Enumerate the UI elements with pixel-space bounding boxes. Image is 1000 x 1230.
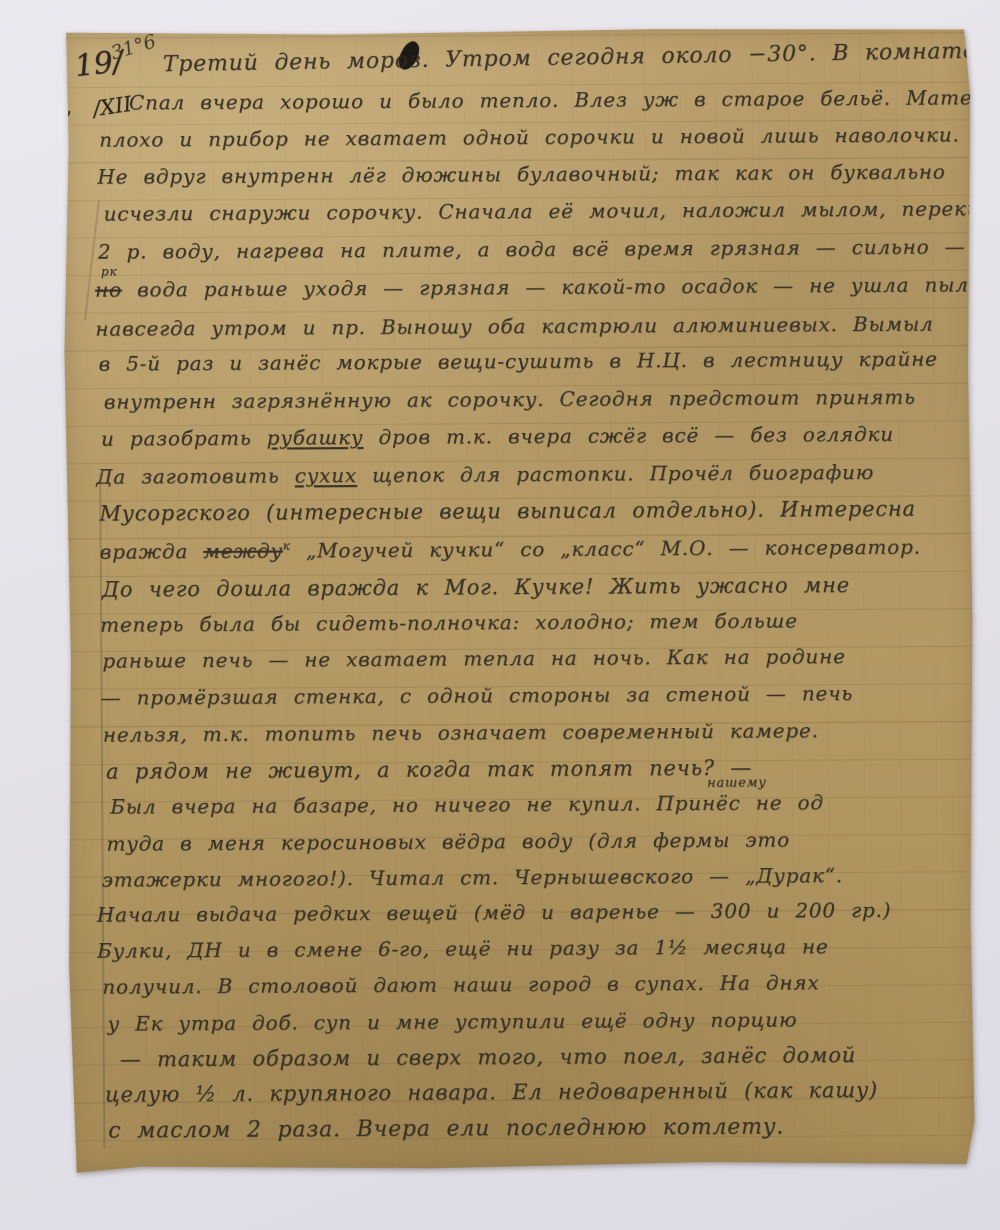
handwriting-segment: с маслом 2 раза. Вчера ели последнюю кот… bbox=[108, 1114, 784, 1143]
handwriting-segment: вражда bbox=[100, 539, 204, 564]
page-background: 19/ ∕XII „ 31°6 Третий день мороз. Утром… bbox=[0, 0, 1000, 1230]
handwriting-segment: Третий день мороз. Утром сегодня около −… bbox=[163, 37, 1000, 77]
handwriting-segment: навсегда утром и пр. Выношу оба кастрюли… bbox=[95, 311, 933, 340]
handwriting-segment: внутренн загрязнённую ак сорочку. Сегодн… bbox=[104, 385, 916, 414]
handwriting-segment: но bbox=[95, 277, 122, 301]
handwriting-segment: Спал вчера хорошо и было тепло. Влез уж … bbox=[129, 85, 1000, 114]
handwriting-segment: рк bbox=[101, 264, 118, 278]
handwriting-line: но вода раньше уходя — грязная — какой-т… bbox=[95, 272, 988, 301]
handwriting-segment: между bbox=[203, 538, 283, 562]
handwriting-segment: туда в меня керосиновых вёдра воду (для … bbox=[106, 827, 790, 855]
handwriting-line: Начали выдача редких вещей (мёд и варень… bbox=[97, 898, 892, 927]
handwriting-line: внутренн загрязнённую ак сорочку. Сегодн… bbox=[104, 385, 916, 414]
handwriting-segment: раньше печь — не хватает тепла на ночь. … bbox=[102, 644, 845, 673]
handwriting-line: теперь была бы сидеть-полночка: холодно;… bbox=[100, 608, 798, 636]
temperature-note: 31°6 bbox=[108, 30, 158, 64]
handwriting-line: рк bbox=[101, 264, 118, 278]
handwriting-line: исчезли снаружи сорочку. Сначала её мочи… bbox=[104, 196, 993, 225]
handwriting-segment: в 5-й раз и занёс мокрые вещи-сушить в Н… bbox=[98, 346, 937, 375]
handwriting-line: Да заготовить сухих щепок для растопки. … bbox=[96, 460, 874, 489]
handwriting-segment: получил. В столовой дают наши город в су… bbox=[102, 970, 819, 998]
handwriting-segment: сухих bbox=[295, 463, 357, 487]
handwriting-line: у Ек утра доб. суп и мне уступили ещё од… bbox=[108, 1007, 798, 1035]
handwriting-line: а рядом не живут, а когда так топят печь… bbox=[106, 756, 752, 784]
handwriting-segment: До чего дошла вражда к Мог. Кучке! Жить … bbox=[102, 573, 850, 602]
handwriting-line: туда в меня керосиновых вёдра воду (для … bbox=[106, 827, 790, 855]
handwriting-line: — промёрзшая стенка, с одной стороны за … bbox=[101, 681, 854, 710]
handwriting-line: Был вчера на базаре, но ничего не купил.… bbox=[110, 790, 824, 818]
handwriting-line: нашему bbox=[707, 775, 767, 790]
handwriting-segment: дров т.к. вчера сжёг всё — без оглядки bbox=[363, 422, 894, 449]
handwriting-line: в 5-й раз и занёс мокрые вещи-сушить в Н… bbox=[98, 346, 937, 375]
handwriting-segment: 2 р. воду, нагрева на плите, а вода всё … bbox=[98, 234, 1000, 264]
handwriting-segment: Не вдруг внутренн лёг дюжины булавочный;… bbox=[97, 159, 945, 188]
handwriting-line: плохо и прибор не хватает одной сорочки … bbox=[99, 122, 960, 151]
handwriting-line: Спал вчера хорошо и было тепло. Влез уж … bbox=[129, 85, 1000, 114]
handwriting-segment: „Могучей кучки“ со „класс“ М.О. — консер… bbox=[291, 535, 921, 563]
handwriting-line: вражда междук „Могучей кучки“ со „класс“… bbox=[100, 535, 921, 564]
date-month: ∕XII bbox=[91, 92, 133, 121]
handwriting-line: получил. В столовой дают наши город в су… bbox=[102, 970, 819, 998]
handwriting-line: Булки, ДН и в смене 6-го, ещё ни разу за… bbox=[97, 934, 829, 962]
diary-page-wrapper: 19/ ∕XII „ 31°6 Третий день мороз. Утром… bbox=[63, 27, 978, 1173]
handwriting-line: раньше печь — не хватает тепла на ночь. … bbox=[102, 644, 845, 673]
handwriting-segment: вода раньше уходя — грязная — какой-то о… bbox=[122, 272, 988, 301]
handwriting-segment: Да заготовить bbox=[96, 463, 295, 488]
handwriting-lines: Третий день мороз. Утром сегодня около −… bbox=[63, 27, 971, 33]
handwriting-segment: Начали выдача редких вещей (мёд и варень… bbox=[97, 898, 892, 927]
handwriting-segment: плохо и прибор не хватает одной сорочки … bbox=[99, 122, 960, 151]
handwriting-segment: нашему bbox=[707, 775, 767, 790]
handwriting-segment: исчезли снаружи сорочку. Сначала её мочи… bbox=[104, 196, 993, 225]
handwriting-line: — таким образом и сверх того, что поел, … bbox=[120, 1043, 856, 1071]
handwriting-segment: теперь была бы сидеть-полночка: холодно;… bbox=[100, 608, 798, 636]
handwriting-segment: целую ½ л. крупяного навара. Ел недоваре… bbox=[105, 1078, 878, 1107]
handwriting-segment: щепок для растопки. Прочёл биографию bbox=[357, 460, 874, 487]
handwriting-segment: — таким образом и сверх того, что поел, … bbox=[120, 1043, 856, 1071]
handwriting-line: целую ½ л. крупяного навара. Ел недоваре… bbox=[105, 1078, 878, 1107]
handwriting-segment: рубашку bbox=[267, 425, 364, 450]
handwriting-segment: Был вчера на базаре, но ничего не купил.… bbox=[110, 790, 824, 818]
handwriting-line: навсегда утром и пр. Выношу оба кастрюли… bbox=[95, 311, 933, 340]
handwriting-segment: этажерки многого!). Читал ст. Чернышевск… bbox=[102, 863, 843, 892]
handwriting-segment: у Ек утра доб. суп и мне уступили ещё од… bbox=[108, 1007, 798, 1035]
handwriting-line: Мусоргского (интересные вещи выписал отд… bbox=[99, 497, 915, 526]
handwriting-line: с маслом 2 раза. Вчера ели последнюю кот… bbox=[108, 1114, 784, 1143]
handwriting-segment: нельзя, т.к. топить печь означает соврем… bbox=[103, 718, 819, 746]
handwriting-line: До чего дошла вражда к Мог. Кучке! Жить … bbox=[102, 573, 850, 602]
diary-page-paper: 19/ ∕XII „ 31°6 Третий день мороз. Утром… bbox=[63, 27, 978, 1173]
handwriting-segment: а рядом не живут, а когда так топят печь… bbox=[106, 756, 752, 784]
date-tick-mark: „ bbox=[59, 94, 74, 119]
handwriting-line: нельзя, т.к. топить печь означает соврем… bbox=[103, 718, 819, 746]
handwriting-segment: — промёрзшая стенка, с одной стороны за … bbox=[101, 681, 854, 710]
handwriting-segment: Булки, ДН и в смене 6-го, ещё ни разу за… bbox=[97, 934, 829, 962]
handwriting-segment: и разобрать bbox=[101, 426, 267, 451]
handwriting-line: Не вдруг внутренн лёг дюжины булавочный;… bbox=[97, 159, 945, 188]
handwriting-line: Третий день мороз. Утром сегодня около −… bbox=[163, 37, 1000, 77]
handwriting-segment: Мусоргского (интересные вещи выписал отд… bbox=[99, 497, 915, 526]
handwriting-line: и разобрать рубашку дров т.к. вчера сжёг… bbox=[101, 422, 894, 451]
pencil-margin-line bbox=[99, 473, 105, 1149]
handwriting-line: 2 р. воду, нагрева на плите, а вода всё … bbox=[98, 234, 1000, 264]
handwriting-segment: к bbox=[283, 539, 291, 553]
handwriting-line: этажерки многого!). Читал ст. Чернышевск… bbox=[102, 863, 843, 892]
